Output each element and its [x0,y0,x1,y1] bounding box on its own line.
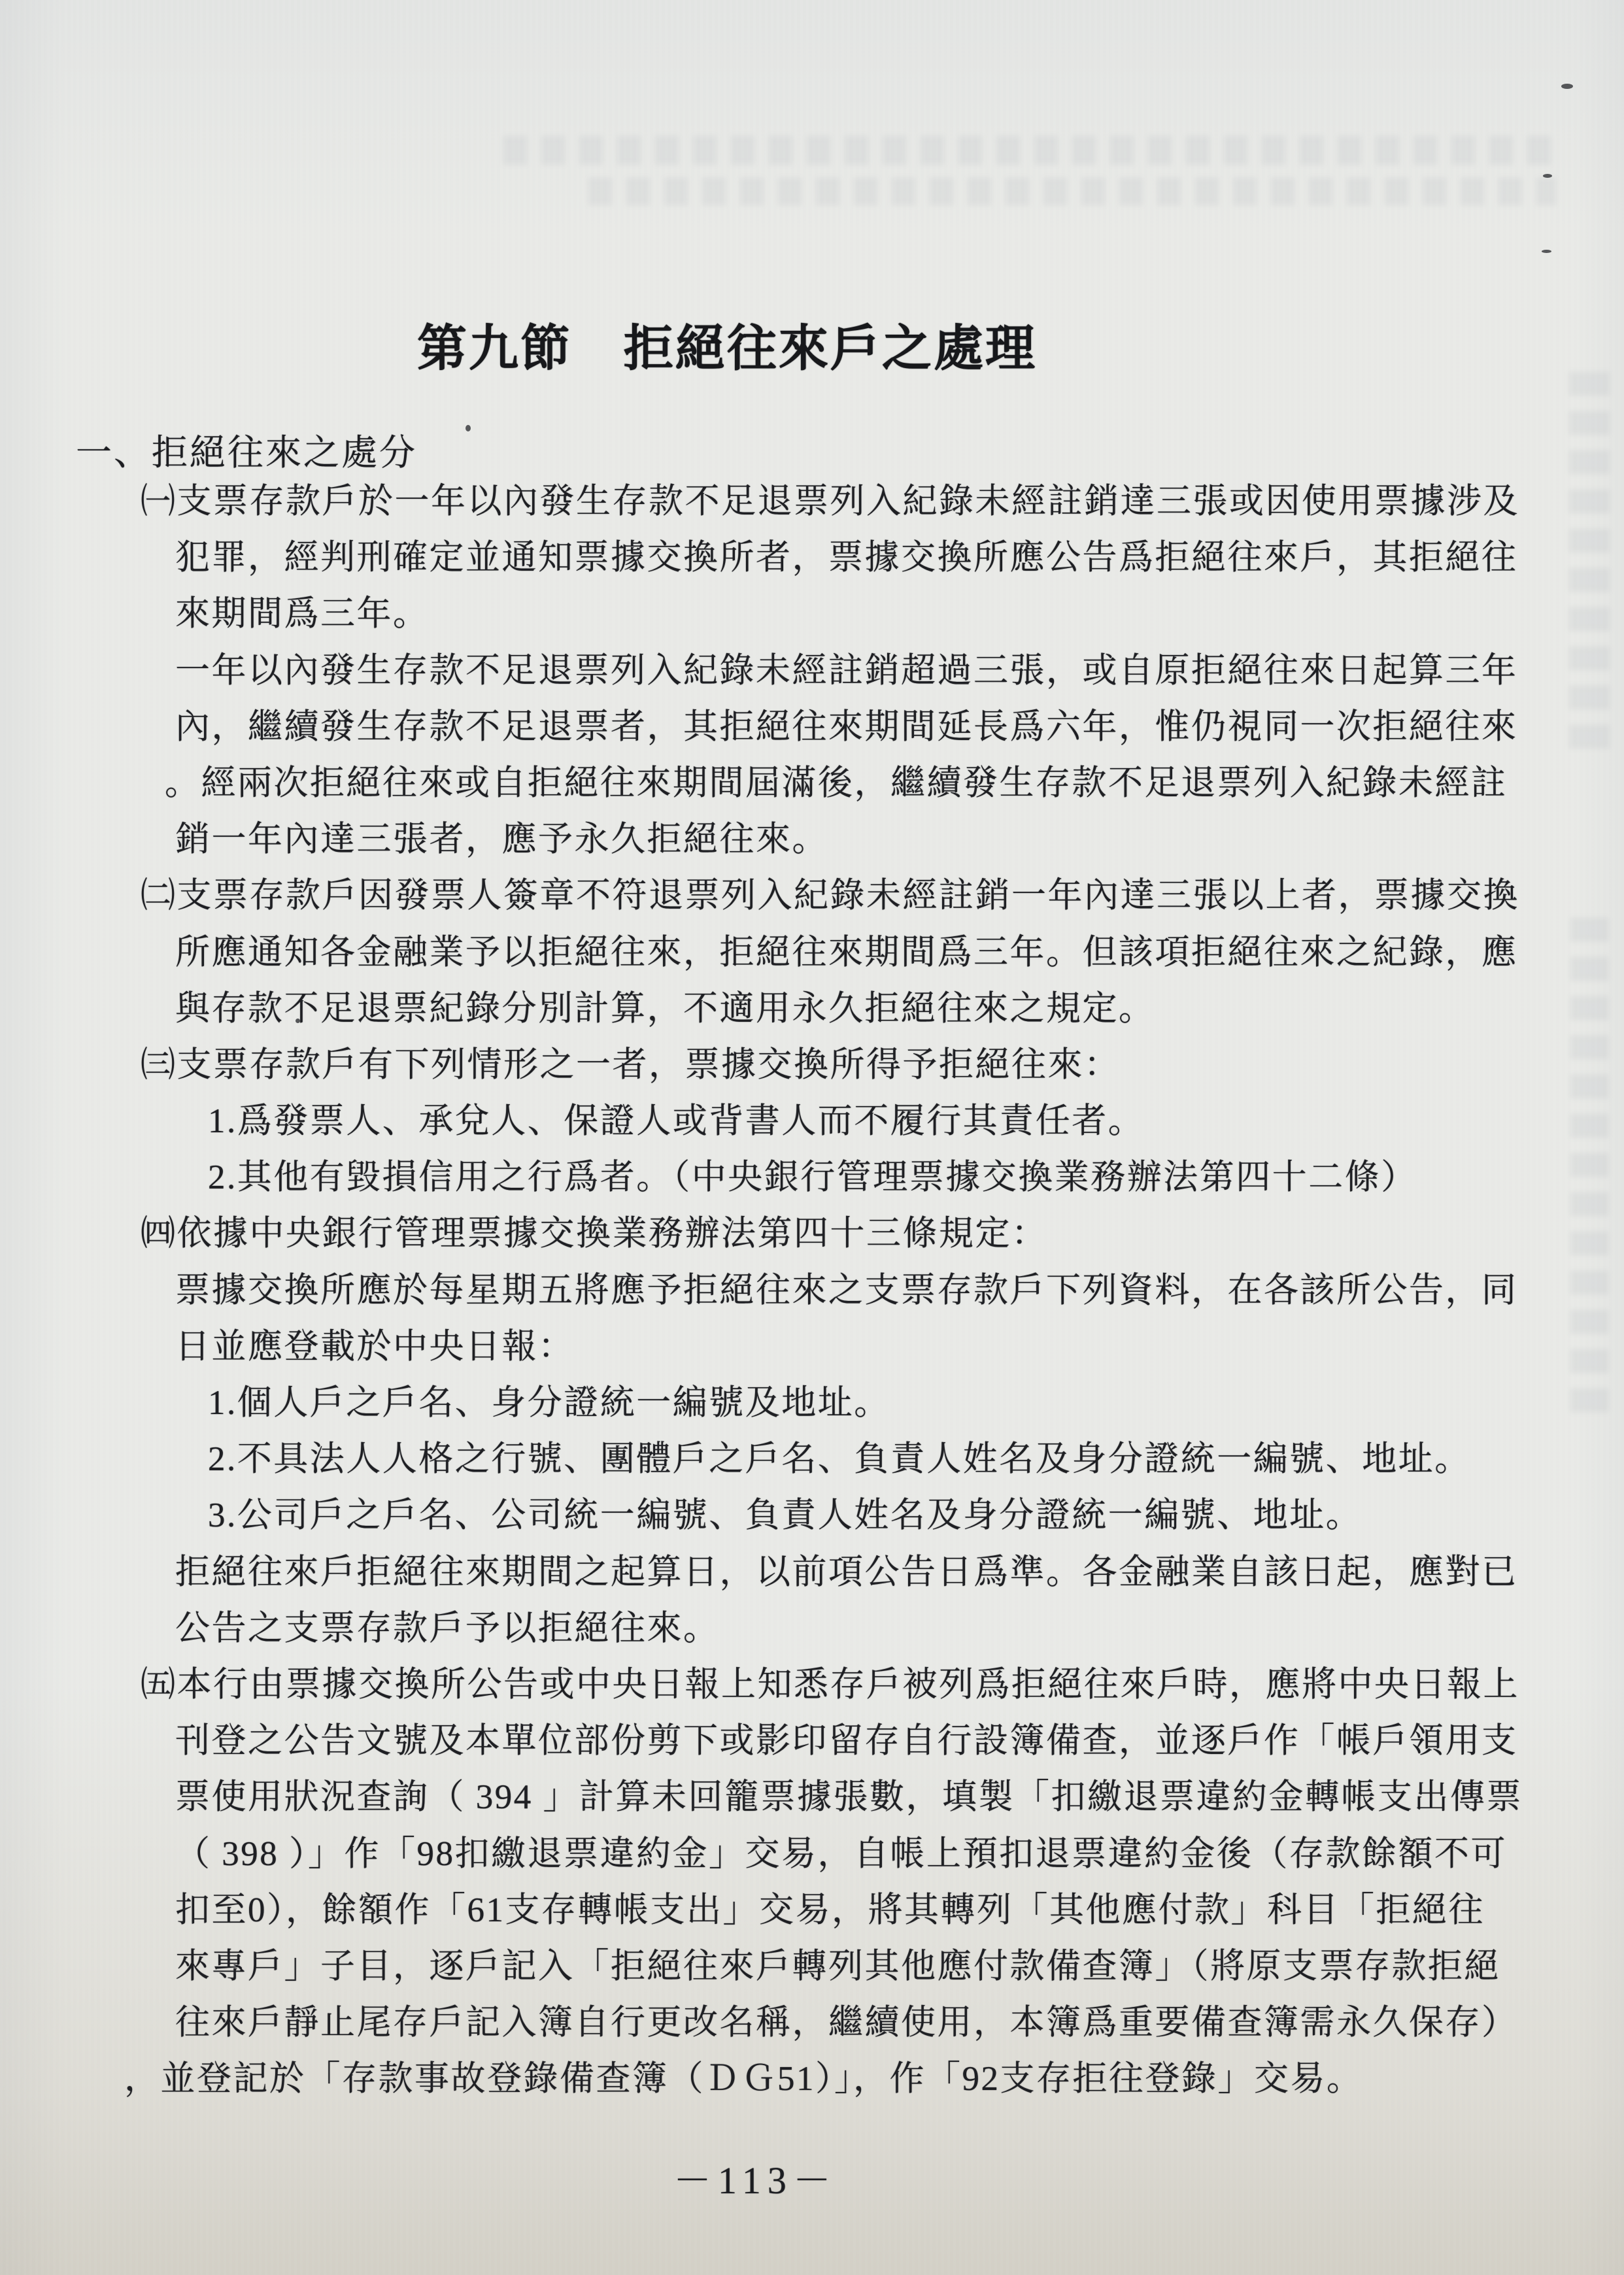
text-line: 扣至0），餘額作「61支存轉帳支出」交易，將其轉列「其他應付款」科目「拒絕往 [0,1882,1624,1938]
section-title: 第九節 拒絕往來戶之處理 [417,309,1037,380]
dust-speck [1542,250,1551,253]
scanned-document-page: { "document": { "title": "第九節 拒絕往來戶之處理",… [0,0,1624,2275]
text-line: 票使用狀況查詢（ 394 」計算未回籠票據張數，填製「扣繳退票違約金轉帳支出傳票 [0,1769,1624,1825]
text-line: 犯罪，經判刑確定並通知票據交換所者，票據交換所應公告爲拒絕往來戶，其拒絕往 [0,530,1624,586]
text-line: 3.公司戶之戶名、公司統一編號、負責人姓名及身分證統一編號、地址。 [0,1487,1624,1543]
text-line: 公告之支票存款戶予以拒絕往來。 [0,1600,1624,1657]
ink-bleedthrough [503,136,1563,165]
ink-bleedthrough [588,178,1556,205]
text-line: 票據交換所應於每星期五將應予拒絕往來之支票存款戶下列資料，在各該所公告，同 [0,1262,1624,1319]
text-line: ㈢支票存款戶有下列情形之一者，票據交換所得予拒絕往來： [0,1037,1624,1093]
page-number: －113－ [673,2149,837,2204]
text-line: ，並登記於「存款事故登錄備查簿（ＤＧ51）」，作「92支存拒往登錄」交易。 [0,2051,1624,2107]
dust-speck [465,425,471,431]
list-heading: 一、拒絕往來之處分 [76,424,417,475]
dust-speck [1543,174,1552,178]
text-line: 2.不具法人人格之行號、團體戶之戶名、負責人姓名及身分證統一編號、地址。 [0,1431,1624,1487]
text-line: 往來戶靜止尾存戶記入簿自行更改名稱，繼續使用，本簿爲重要備查簿需永久保存） [0,1995,1624,2051]
text-line: ㈤本行由票據交換所公告或中央日報上知悉存戶被列爲拒絕往來戶時，應將中央日報上 [0,1657,1624,1713]
text-line: 來專戶」子目，逐戶記入「拒絕往來戶轉列其他應付款備查簿」（將原支票存款拒絕 [0,1938,1624,1995]
text-line: 日並應登載於中央日報： [0,1319,1624,1375]
text-line: 內，繼續發生存款不足退票者，其拒絕往來期間延長爲六年，惟仍視同一次拒絕往來 [0,699,1624,755]
text-line: 。經兩次拒絕往來或自拒絕往來期間屆滿後，繼續發生存款不足退票列入紀錄未經註 [0,755,1624,811]
text-line: 2.其他有毀損信用之行爲者。（中央銀行管理票據交換業務辦法第四十二條） [0,1149,1624,1205]
text-line: 所應通知各金融業予以拒絕往來，拒絕往來期間爲三年。但該項拒絕往來之紀錄，應 [0,924,1624,981]
text-line: 刊登之公告文號及本單位部份剪下或影印留存自行設簿備查，並逐戶作「帳戶領用支 [0,1713,1624,1769]
text-line: （ 398 ）」作「98扣繳退票違約金」交易，自帳上預扣退票違約金後（存款餘額不… [0,1826,1624,1882]
text-line: 1.爲發票人、承兌人、保證人或背書人而不履行其責任者。 [0,1093,1624,1149]
dust-speck [1561,84,1573,89]
text-line: ㈠支票存款戶於一年以內發生存款不足退票列入紀錄未經註銷達三張或因使用票據涉及 [0,473,1624,530]
document-body: ㈠支票存款戶於一年以內發生存款不足退票列入紀錄未經註銷達三張或因使用票據涉及 犯… [0,473,1624,2107]
text-line: 一年以內發生存款不足退票列入紀錄未經註銷超過三張，或自原拒絕往來日起算三年 [0,643,1624,699]
text-line: ㈡支票存款戶因發票人簽章不符退票列入紀錄未經註銷一年內達三張以上者，票據交換 [0,868,1624,924]
text-line: 拒絕往來戶拒絕往來期間之起算日，以前項公告日爲準。各金融業自該日起，應對已 [0,1544,1624,1600]
text-line: 銷一年內達三張者，應予永久拒絕往來。 [0,811,1624,868]
text-line: ㈣依據中央銀行管理票據交換業務辦法第四十三條規定： [0,1205,1624,1262]
text-line: 來期間爲三年。 [0,586,1624,642]
text-line: 與存款不足退票紀錄分別計算，不適用永久拒絕往來之規定。 [0,981,1624,1037]
text-line: 1.個人戶之戶名、身分證統一編號及地址。 [0,1375,1624,1431]
